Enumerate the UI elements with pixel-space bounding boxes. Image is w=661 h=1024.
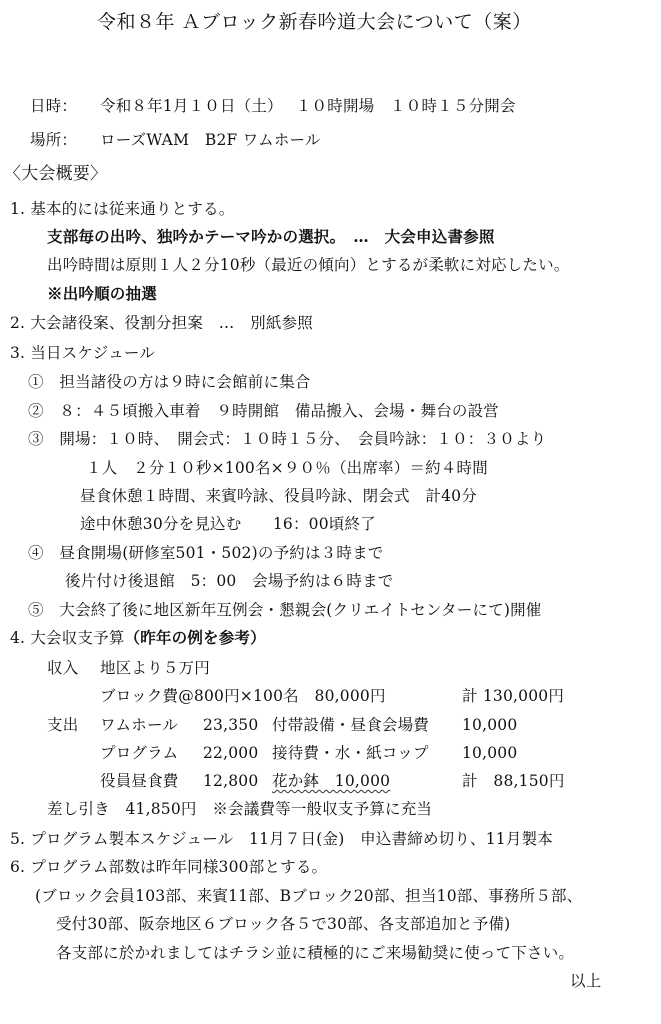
- item-4-heading: 4. 大会収支予算（昨年の例を参考）: [10, 628, 266, 648]
- expense-row-1-name: ワムホール: [100, 715, 178, 735]
- item-1-line-1: 支部毎の出吟、独吟かテーマ吟かの選択。 … 大会申込書参照: [47, 227, 495, 247]
- item-3-heading: 3. 当日スケジュール: [10, 343, 155, 363]
- expense-row-1-amount2: 10,000: [462, 715, 517, 735]
- expense-row-3-name: 役員昼食費: [100, 771, 179, 791]
- schedule-5: ⑤ 大会終了後に地区新年互例会・懇親会(クリエイトセンターにて)開催: [28, 600, 542, 620]
- closing-text: 以上: [570, 971, 601, 991]
- document-title: 令和８年 Ａブロック新春吟道大会について（案）: [97, 10, 532, 34]
- income-line-2: ブロック費@800円×100名 80,000円: [100, 686, 386, 706]
- place-value: ローズWAM B2F ワムホール: [100, 130, 321, 150]
- item-6-line-2: 受付30部、阪奈地区６ブロック各５で30部、各支部追加と予備): [56, 914, 510, 934]
- income-line-1: 地区より５万円: [100, 658, 210, 678]
- item-6-line-1: (ブロック会員103部、来賓11部、Bブロック20部、担当10部、事務所５部、: [35, 886, 582, 906]
- expense-row-1-name2: 付帯設備・昼食会場費: [272, 715, 429, 735]
- schedule-4-detail: 後片付け後退館 5：00 会場予約は６時まで: [65, 571, 394, 591]
- item-5-heading: 5. プログラム製本スケジュール 11月７日(金) 申込書締め切り、11月製本: [10, 829, 553, 849]
- expense-row-3-name2: 花か鉢 10,000: [272, 771, 390, 791]
- item-1-line-2: 出吟時間は原則１人２分10秒（最近の傾向）とするが柔軟に対応したい。: [47, 255, 570, 275]
- schedule-3-detail-3: 途中休憩30分を見込む 16：00頃終了: [80, 514, 376, 534]
- income-total: 計 130,000円: [462, 686, 564, 706]
- expense-row-1-amount: 23,350: [203, 715, 258, 735]
- item-1-line-3: ※出吟順の抽選: [47, 284, 157, 304]
- schedule-3-detail-2: 昼食休憩１時間、来賓吟詠、役員吟詠、閉会式 計40分: [80, 486, 477, 506]
- expense-row-2-name: プログラム: [100, 743, 178, 763]
- expense-total: 計 88,150円: [462, 771, 565, 791]
- item-1-heading: 1. 基本的には従来通りとする。: [10, 199, 234, 219]
- item-6-heading: 6. プログラム部数は昨年同様300部とする。: [10, 857, 327, 877]
- expense-row-3-amount: 12,800: [203, 771, 258, 791]
- expense-label: 支出: [47, 715, 78, 735]
- place-label: 場所：: [30, 130, 77, 150]
- expense-row-2-amount2: 10,000: [462, 743, 517, 763]
- schedule-4: ④ 昼食開場(研修室501・502)の予約は３時まで: [28, 543, 383, 563]
- schedule-2: ② ８：４５頃搬入車着 ９時開館 備品搬入、会場・舞台の設営: [28, 401, 499, 421]
- item-6-line-3: 各支部に於かれましてはチラシ並に積極的にご来場勧奨に使って下さい。: [56, 943, 574, 963]
- income-label: 収入: [47, 658, 78, 678]
- item-2-heading: 2. 大会諸役案、役割分担案 … 別紙参照: [10, 313, 313, 333]
- datetime-label: 日時：: [30, 96, 77, 116]
- item-4-heading-text: 4. 大会収支予算: [10, 629, 125, 647]
- expense-row-2-amount: 22,000: [203, 743, 258, 763]
- schedule-1: ① 担当諸役の方は９時に会館前に集合: [28, 372, 311, 392]
- section-heading: 〈大会概要〉: [4, 164, 107, 184]
- datetime-value: 令和８年1月１０日（土） １０時開場 １０時１５分開会: [100, 96, 516, 116]
- schedule-3: ③ 開場：１０時、 開会式：１０時１５分、 会員吟詠：１０：３０より: [28, 429, 546, 449]
- schedule-3-detail-1: １人 ２分１０秒×100名×９０％（出席率）＝約４時間: [86, 458, 488, 478]
- item-4-heading-note: （昨年の例を参考）: [125, 628, 266, 647]
- expense-row-2-name2: 接待費・水・紙コップ: [272, 743, 429, 763]
- balance-line: 差し引き 41,850円 ※会議費等一般収支予算に充当: [47, 799, 432, 819]
